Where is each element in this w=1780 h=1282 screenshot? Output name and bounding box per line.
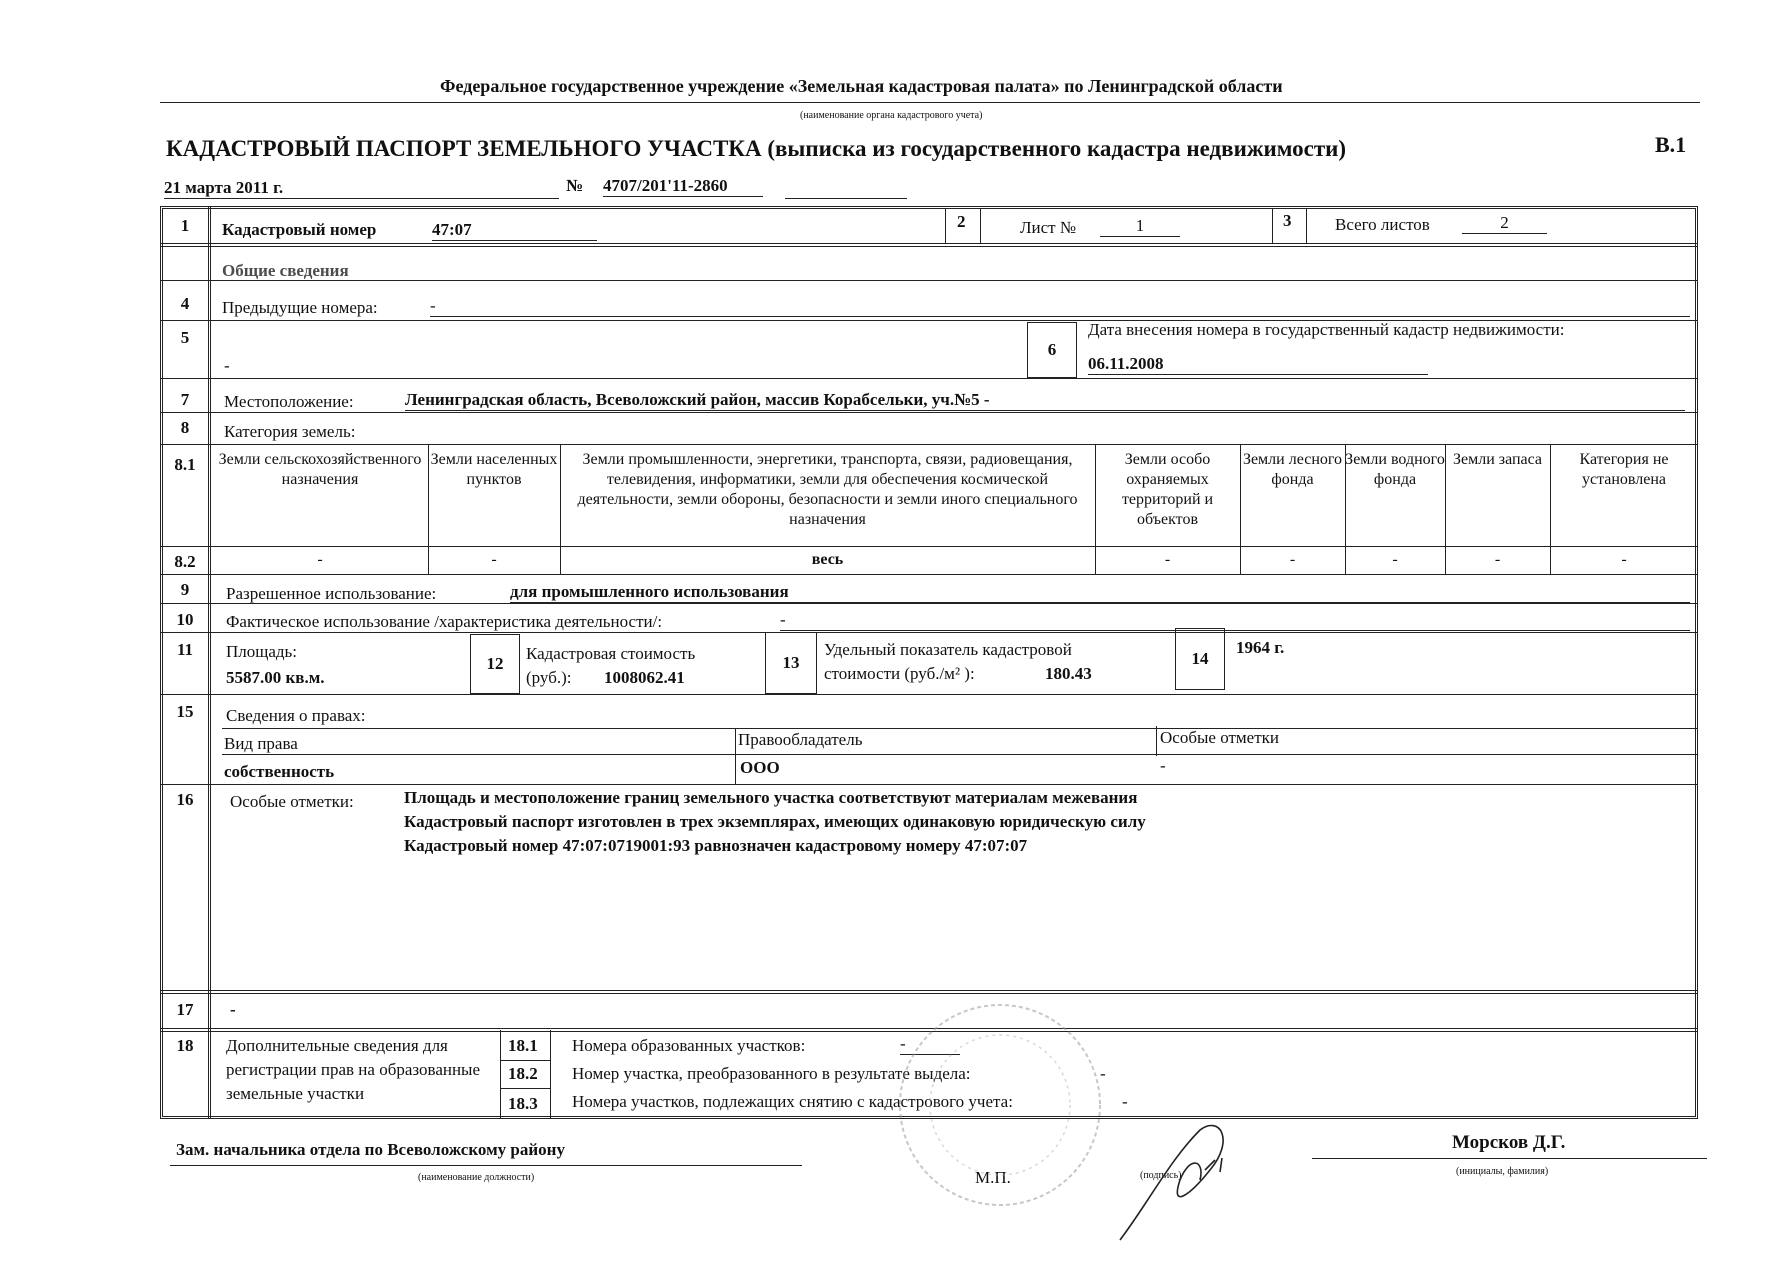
land-category-value: -	[1240, 550, 1345, 570]
row-number-box: 13	[765, 632, 817, 694]
rights-type-value: собственность	[224, 762, 334, 782]
signature-icon	[1110, 1100, 1290, 1250]
land-category-value: весь	[560, 550, 1095, 570]
row-number: 17	[162, 1000, 208, 1020]
land-category-label: Категория земель:	[224, 422, 355, 442]
specific-value-label: Удельный показатель кадастровой	[824, 640, 1072, 660]
row-number: 15	[162, 702, 208, 722]
cadastral-value-label: Кадастровая стоимость	[526, 644, 695, 664]
row-number: 18.1	[508, 1036, 538, 1056]
signer-position: Зам. начальника отдела по Всеволожскому …	[176, 1140, 565, 1160]
permitted-use-label: Разрешенное использование:	[226, 584, 436, 604]
land-category-header: Земли промышленности, энергетики, трансп…	[560, 450, 1095, 530]
land-category-value: -	[428, 550, 560, 570]
cadastral-number-value: 47:07	[432, 220, 597, 241]
land-category-value: -	[1550, 550, 1698, 570]
area-label: Площадь:	[226, 642, 297, 662]
row-number: 10	[162, 610, 208, 630]
special-notes-label: Особые отметки:	[230, 792, 354, 812]
sheet-number-value: 1	[1100, 216, 1180, 237]
row5-value: -	[224, 356, 230, 376]
total-sheets-label: Всего листов	[1335, 215, 1430, 235]
form-code: В.1	[1655, 132, 1686, 158]
row-number: 5	[162, 328, 208, 348]
row-number: 2	[957, 212, 966, 232]
general-info-heading: Общие сведения	[222, 261, 349, 281]
row-number: 1	[162, 216, 208, 236]
land-category-value: -	[212, 550, 428, 570]
sheet-number-label: Лист №	[1020, 218, 1076, 238]
row-number: 18.3	[508, 1094, 538, 1114]
row-number: 3	[1283, 211, 1292, 231]
row-number: 4	[162, 294, 208, 314]
previous-numbers-label: Предыдущие номера:	[222, 298, 378, 318]
row-number: 8.1	[162, 455, 208, 475]
special-note-line: Площадь и местоположение границ земельно…	[404, 788, 1137, 808]
stamp-icon	[880, 990, 1120, 1220]
rights-col-notes: Особые отметки	[1160, 728, 1279, 748]
land-category-header: Категория не установлена	[1550, 450, 1698, 490]
rights-label: Сведения о правах:	[226, 706, 366, 726]
special-note-line: Кадастровый номер 47:07:0719001:93 равно…	[404, 836, 1027, 856]
row-number: 9	[162, 580, 208, 600]
land-category-header: Земли населенных пунктов	[428, 450, 560, 490]
total-sheets-value: 2	[1462, 213, 1547, 234]
formed-parcels-label: Номера образованных участков:	[572, 1036, 805, 1056]
previous-numbers-value: -	[430, 296, 1690, 317]
location-value: Ленинградская область, Всеволожский райо…	[405, 390, 1685, 411]
position-caption: (наименование должности)	[418, 1172, 534, 1183]
row-number-box: 6	[1027, 322, 1077, 378]
land-category-header: Земли водного фонда	[1345, 450, 1445, 490]
document-number: 4707/201'11-2860	[603, 176, 763, 197]
specific-value-unit: стоимости (руб./м² ):	[824, 664, 975, 684]
year-value: 1964 г.	[1236, 638, 1284, 658]
land-category-header: Земли запаса	[1445, 450, 1550, 470]
location-label: Местоположение:	[224, 392, 354, 412]
area-value: 5587.00 кв.м.	[226, 668, 325, 688]
row-number-box: 12	[470, 634, 520, 694]
rights-col-type: Вид права	[224, 734, 298, 754]
rights-col-holder: Правообладатель	[738, 730, 862, 750]
row17-value: -	[230, 1000, 236, 1020]
land-category-value: -	[1095, 550, 1240, 570]
name-caption: (инициалы, фамилия)	[1456, 1166, 1548, 1177]
specific-value: 180.43	[1045, 664, 1092, 684]
row-number-box: 14	[1175, 628, 1225, 690]
actual-use-value: -	[780, 610, 1690, 631]
row-number: 8	[162, 418, 208, 438]
row-number: 18.2	[508, 1064, 538, 1084]
land-category-value: -	[1445, 550, 1550, 570]
row-number: 7	[162, 390, 208, 410]
cadastral-value: 1008062.41	[604, 668, 685, 688]
registration-date-label: Дата внесения номера в государственный к…	[1088, 320, 1564, 340]
permitted-use-value: для промышленного использования	[510, 582, 1690, 603]
page-title: КАДАСТРОВЫЙ ПАСПОРТ ЗЕМЕЛЬНОГО УЧАСТКА (…	[166, 136, 1346, 162]
registration-date-value: 06.11.2008	[1088, 354, 1428, 375]
rights-holder-value: ООО	[740, 758, 780, 778]
cadastral-number-label: Кадастровый номер	[222, 220, 376, 240]
actual-use-label: Фактическое использование /характеристик…	[226, 612, 662, 632]
number-label: №	[566, 176, 583, 196]
row-number: 18	[162, 1036, 208, 1056]
rights-notes-value: -	[1160, 756, 1166, 776]
organization-caption: (наименование органа кадастрового учета)	[800, 110, 982, 121]
form-frame	[160, 206, 1698, 1119]
document-date: 21 марта 2011 г.	[164, 178, 559, 199]
land-category-header: Земли сельскохозяйственного назначения	[212, 450, 428, 490]
row-number: 16	[162, 790, 208, 810]
special-note-line: Кадастровый паспорт изготовлен в трех эк…	[404, 812, 1146, 832]
land-category-header: Земли особо охраняемых территорий и объе…	[1095, 450, 1240, 530]
signer-name: Морсков Д.Г.	[1452, 1132, 1565, 1154]
land-category-value: -	[1345, 550, 1445, 570]
cadastral-value-currency: (руб.):	[526, 668, 572, 688]
organization-name: Федеральное государственное учреждение «…	[440, 76, 1283, 97]
land-category-header: Земли лесного фонда	[1240, 450, 1345, 490]
additional-info-label: Дополнительные сведения для регистрации …	[226, 1034, 496, 1106]
row-number: 8.2	[162, 552, 208, 572]
row-number: 11	[162, 640, 208, 660]
